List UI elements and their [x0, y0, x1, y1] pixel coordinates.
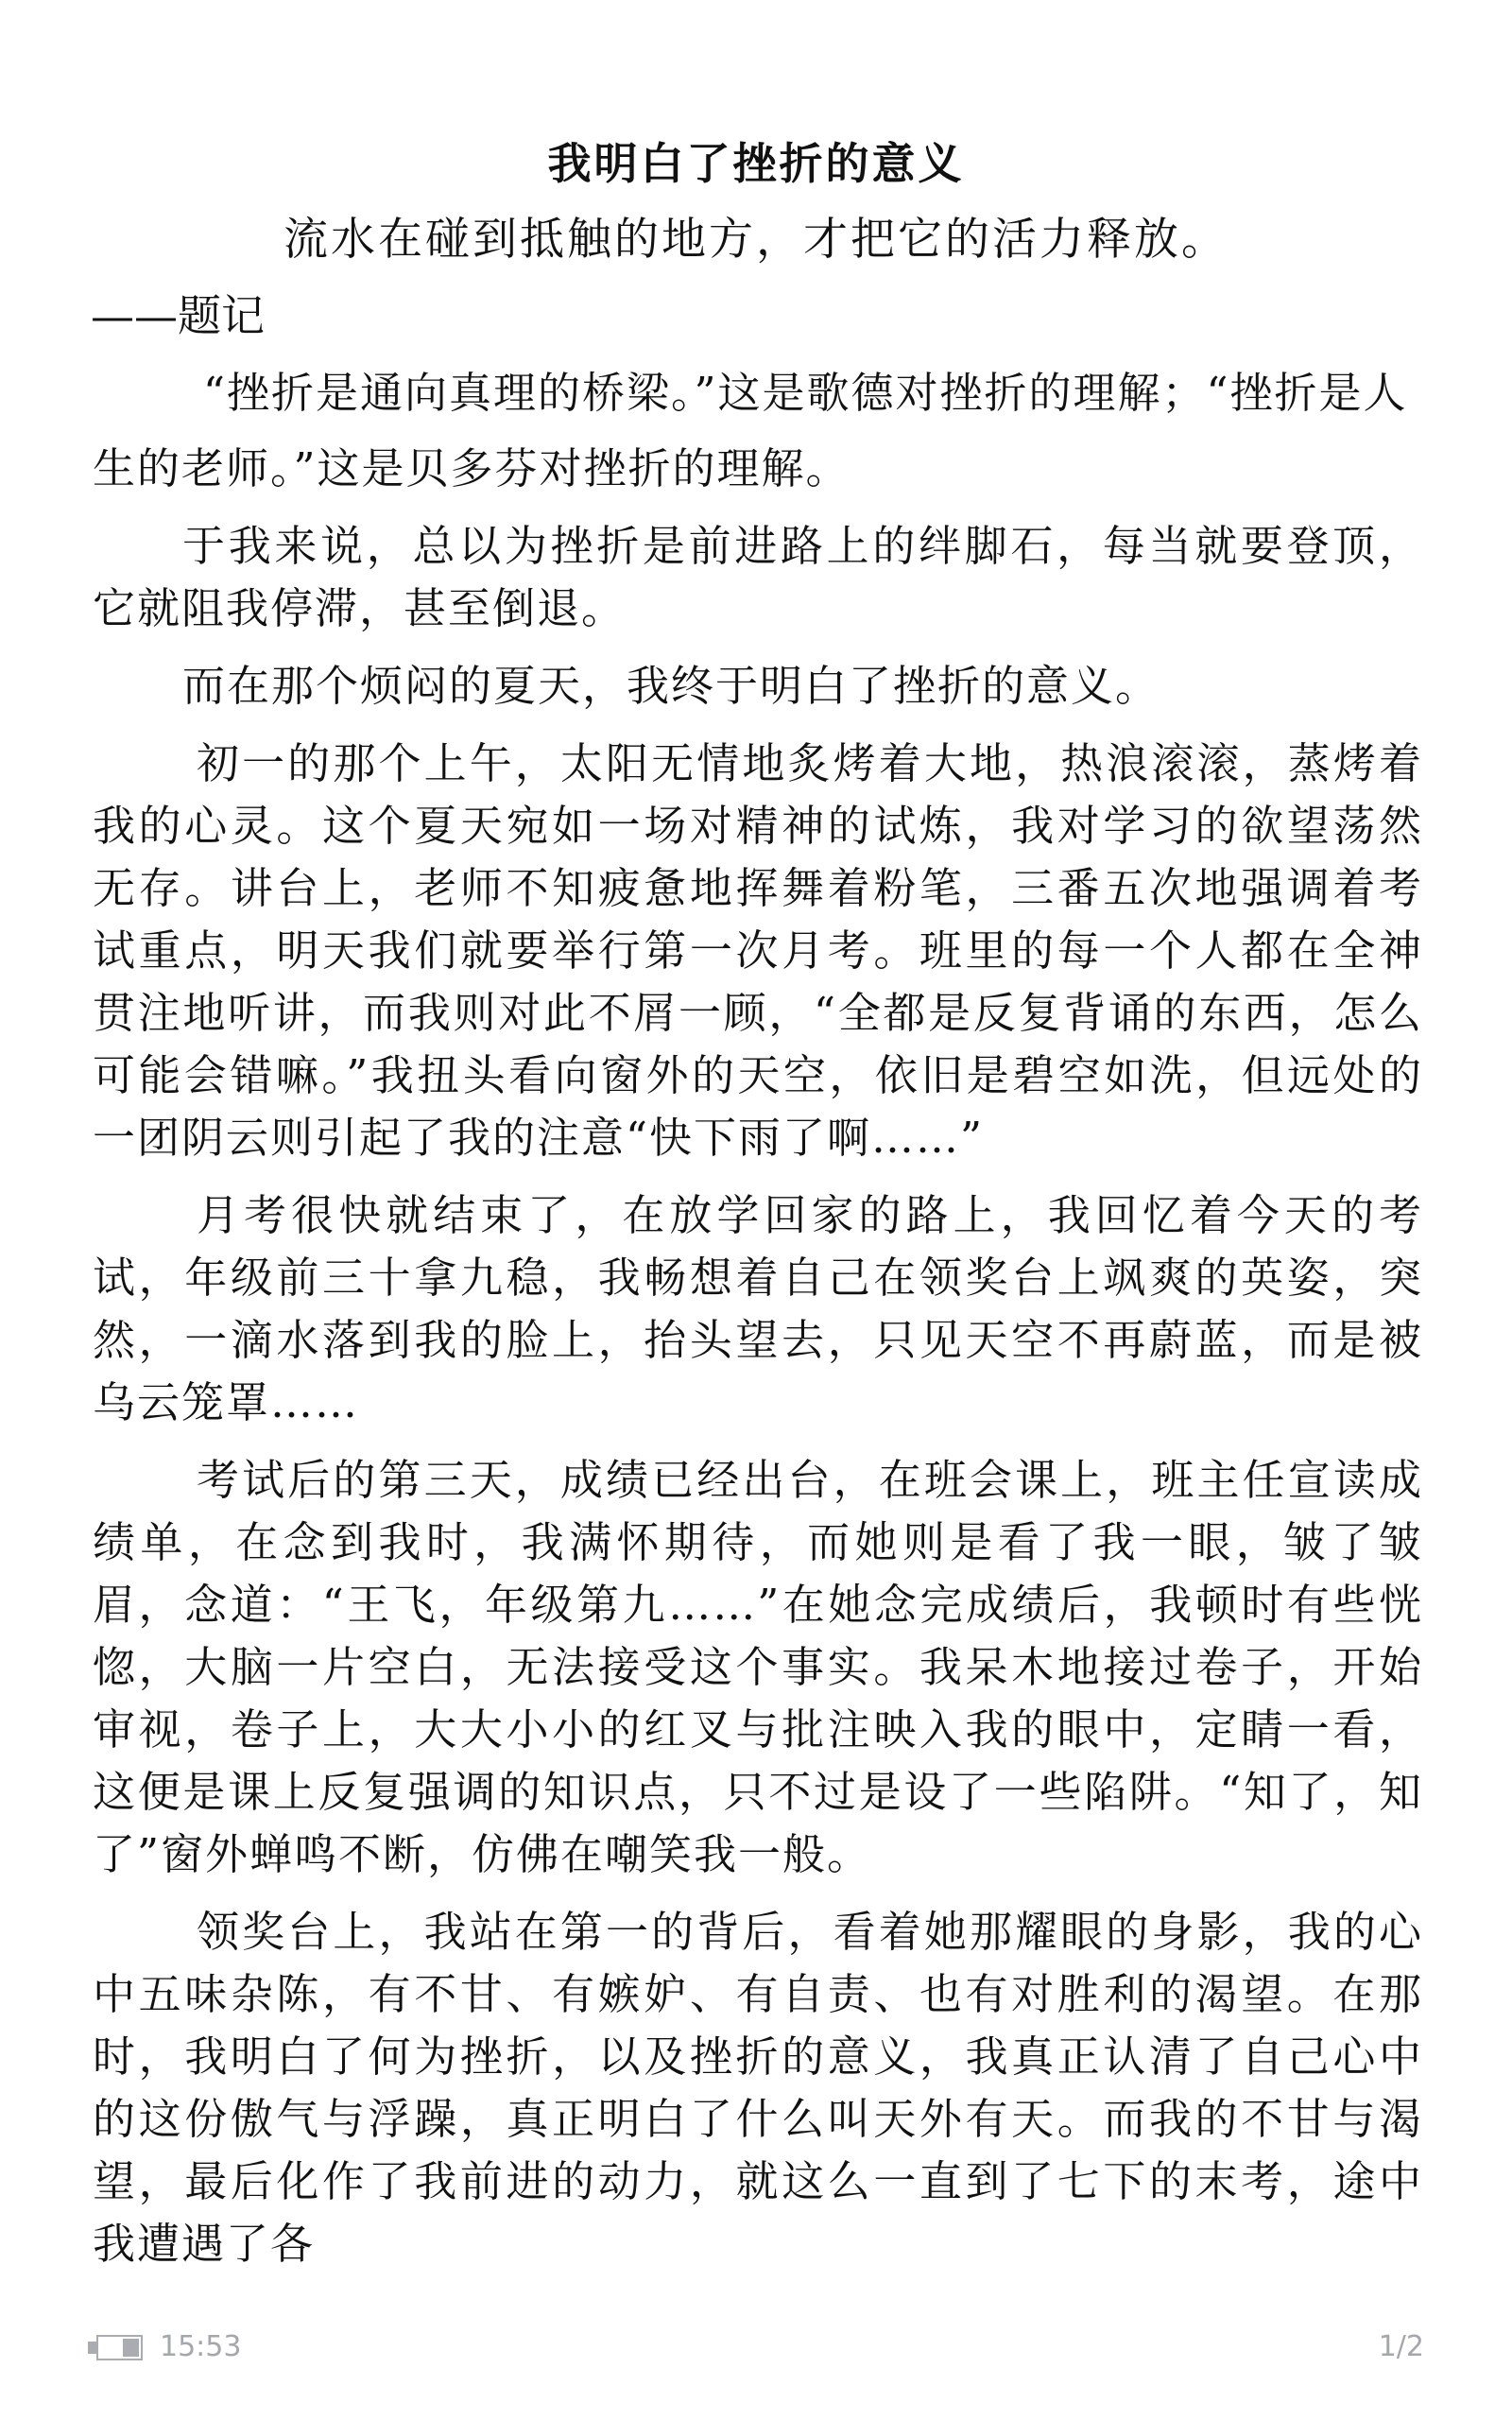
document-title: 我明白了挫折的意义: [0, 137, 1512, 190]
paragraph: 初一的那个上午，太阳无情地炙烤着大地，热浪滚滚，蒸烤着我的心灵。这个夏天宛如一场…: [93, 733, 1423, 1169]
paragraph: 于我来说，总以为挫折是前进路上的绊脚石，每当就要登顶，它就阻我停滞，甚至倒退。: [93, 515, 1423, 640]
paragraph: 月考很快就结束了，在放学回家的路上，我回忆着今天的考试，年级前三十拿九稳，我畅想…: [93, 1184, 1423, 1434]
reader-status-bar: 15:53 1/2: [88, 2331, 1424, 2363]
paragraph: 考试后的第三天，成绩已经出台，在班会课上，班主任宣读成绩单，在念到我时，我满怀期…: [93, 1449, 1423, 1886]
epigraph: 流水在碰到抵触的地方，才把它的活力释放。: [0, 214, 1512, 267]
page-indicator: 1/2: [1379, 2331, 1424, 2363]
reader-page: 我明白了挫折的意义 流水在碰到抵触的地方，才把它的活力释放。 ——题记 “挫折是…: [0, 0, 1512, 2420]
clock-time: 15:53: [160, 2331, 241, 2363]
paragraph: 生的老师。”这是贝多芬对挫折的理解。: [93, 438, 1423, 500]
paragraph: “挫折是通向真理的桥梁。”这是歌德对挫折的理解；“挫折是人: [93, 362, 1423, 424]
battery-level: [123, 2339, 139, 2357]
paragraph: 而在那个烦闷的夏天，我终于明白了挫折的意义。: [93, 655, 1423, 717]
battery-icon: [88, 2335, 143, 2360]
paragraph: 领奖台上，我站在第一的背后，看着她那耀眼的身影，我的心中五味杂陈，有不甘、有嫉妒…: [93, 1901, 1423, 2275]
epigraph-source: ——题记: [91, 289, 265, 342]
battery-body: [96, 2335, 143, 2360]
battery-cap: [88, 2342, 96, 2354]
document-body: “挫折是通向真理的桥梁。”这是歌德对挫折的理解；“挫折是人 生的老师。”这是贝多…: [93, 362, 1423, 2290]
